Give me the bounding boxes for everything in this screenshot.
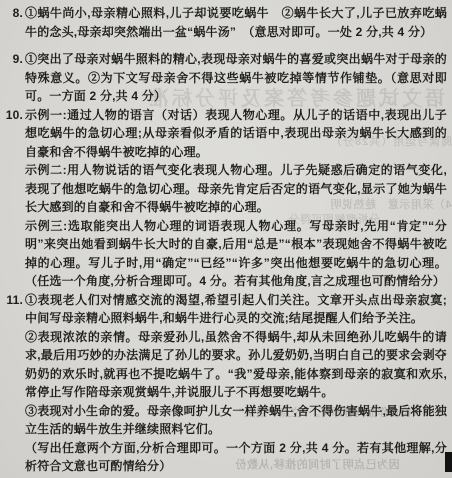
- scanned-answer-page: 语文试题参考答案及评分标准 现代文阅读与运用（共28分） （4）采用示意 趁热说…: [0, 0, 452, 478]
- answer-paragraph: ①表现老人们对情感交流的渴望,希望引起人们关注。文章开头点出母亲寂寞;中间写母亲…: [25, 291, 447, 328]
- answer-number: 11.: [1, 291, 23, 310]
- answer-key-body: 8. ①蜗牛尚小,母亲精心照料,儿子却说要吃蜗牛 ②蜗牛长大了,儿子已放弃吃蜗牛…: [0, 0, 452, 476]
- answer-paragraph: 示例二:用人物说话的语气变化表现人物心理。儿子先疑惑后确定的语气变化,表现了他想…: [25, 161, 447, 217]
- answer-paragraph: ②表现浓浓的亲情。母亲爱孙儿,虽然舍不得蜗牛,却从未回绝孙儿吃蜗牛的请求,最后用…: [25, 328, 447, 402]
- answer-number: 10.: [1, 106, 23, 125]
- answer-item-10: 10. 示例一:通过人物的语言（对话）表现人物心理。从儿子的话语中,表现出儿子想…: [1, 106, 447, 291]
- answer-item-9: 9. ①突出了母亲对蜗牛照料的精心,表现母亲对蜗牛的喜爱或突出蜗牛对于母亲的特殊…: [1, 50, 447, 106]
- answer-paragraph: 示例三:选取能突出人物心理的词语表现人物心理。写母亲时,先用“肯定”“分明”来突…: [25, 217, 447, 291]
- answer-paragraph: ③表现对小生命的爱。母亲像呵护儿女一样养蜗牛,舍不得伤害蜗牛,最后将能独立生活的…: [25, 402, 447, 439]
- answer-paragraph: ①蜗牛尚小,母亲精心照料,儿子却说要吃蜗牛 ②蜗牛长大了,儿子已放弃吃蜗牛的念头…: [25, 4, 447, 41]
- answer-paragraph: ①突出了母亲对蜗牛照料的精心,表现母亲对蜗牛的喜爱或突出蜗牛对于母亲的特殊意义。…: [25, 50, 447, 106]
- scan-artifact-mark: [445, 452, 452, 472]
- answer-number: 9.: [1, 50, 23, 69]
- answer-paragraph: （写出任意两个方面,分析合理即可。一个方面 2 分,共 4 分。若有其他理解,分…: [25, 439, 447, 476]
- answer-item-8: 8. ①蜗牛尚小,母亲精心照料,儿子却说要吃蜗牛 ②蜗牛长大了,儿子已放弃吃蜗牛…: [1, 4, 447, 41]
- answer-paragraph: 示例一:通过人物的语言（对话）表现人物心理。从儿子的话语中,表现出儿子想吃蜗牛的…: [25, 106, 447, 162]
- answer-item-11: 11. ①表现老人们对情感交流的渴望,希望引起人们关注。文章开头点出母亲寂寞;中…: [1, 291, 447, 476]
- answer-number: 8.: [1, 4, 23, 23]
